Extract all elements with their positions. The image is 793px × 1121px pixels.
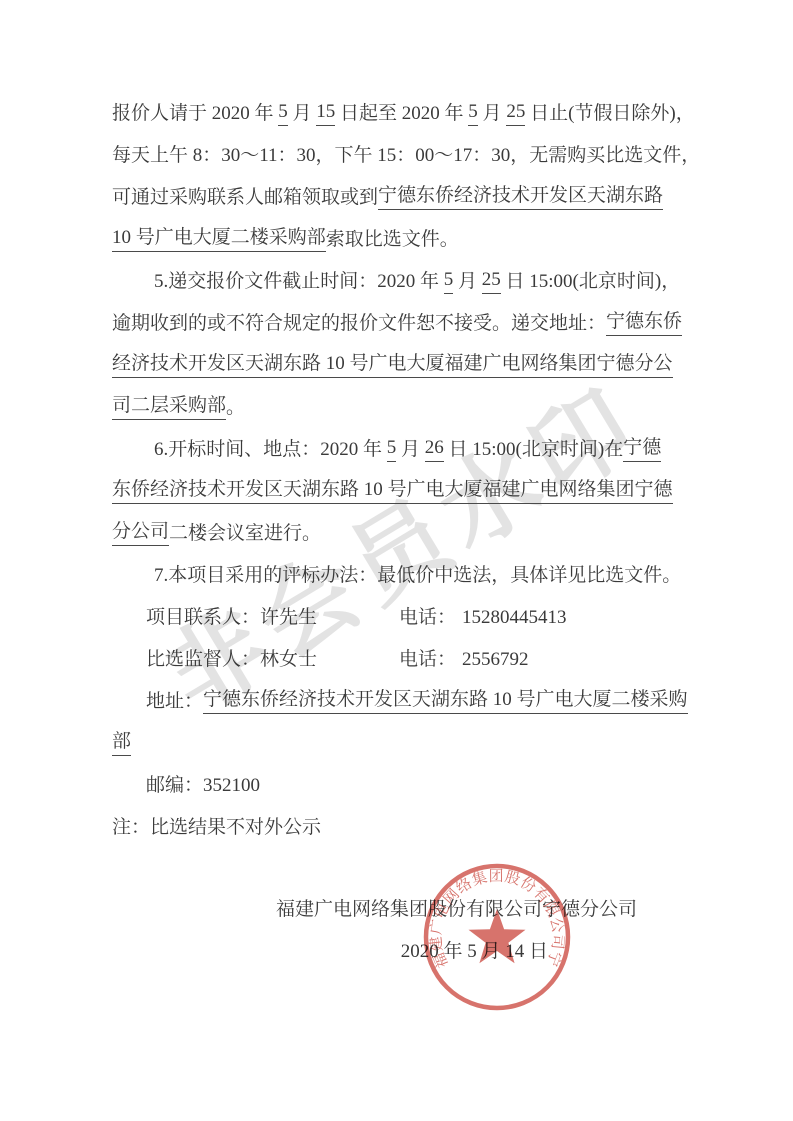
- text-segment: 日起至 2020 年: [335, 101, 468, 126]
- signature-spacer: [112, 840, 698, 880]
- underlined-text: 分公司: [112, 519, 169, 546]
- underlined-text: 5: [278, 99, 288, 126]
- underlined-text: 东侨经济技术开发区天湖东路 10 号广电大厦福建广电网络集团宁德: [112, 477, 673, 504]
- text-segment: 15280445413: [462, 605, 567, 630]
- document-line: 6.开标时间、地点：2020 年 5 月 26 日 15:00(北京时间)在宁德: [112, 420, 698, 462]
- underlined-text: 部: [112, 729, 131, 756]
- document-line: 东侨经济技术开发区天湖东路 10 号广电大厦福建广电网络集团宁德: [112, 462, 698, 504]
- text-segment: 可通过采购联系人邮箱领取或到: [112, 185, 378, 210]
- text-segment: 索取比选文件。: [326, 227, 459, 252]
- document-line: 地址：宁德东侨经济技术开发区天湖东路 10 号广电大厦二楼采购: [112, 672, 698, 714]
- underlined-text: 26: [425, 435, 444, 462]
- text-segment: 项目联系人：许先生: [146, 605, 399, 630]
- underlined-text: 5: [387, 435, 397, 462]
- underlined-text: 15: [316, 99, 335, 126]
- document-line: 10 号广电大厦二楼采购部索取比选文件。: [112, 210, 698, 252]
- underlined-text: 25: [506, 99, 525, 126]
- signature-date: 2020 年 5 月 14 日: [112, 922, 698, 964]
- underlined-text: 25: [482, 267, 501, 294]
- text-segment: 7.本项目采用的评标办法：最低价中选法，具体详见比选文件。: [154, 563, 681, 588]
- underlined-text: 5: [444, 267, 454, 294]
- document-page: 非会员水印 报价人请于 2020 年 5 月 15 日起至 2020 年 5 月…: [0, 0, 793, 1121]
- document-line: 可通过采购联系人邮箱领取或到宁德东侨经济技术开发区天湖东路: [112, 168, 698, 210]
- document-body: 报价人请于 2020 年 5 月 15 日起至 2020 年 5 月 25 日止…: [112, 84, 698, 964]
- text-segment: 日止(节假日除外)，: [525, 101, 694, 126]
- text-segment: 二楼会议室进行。: [169, 521, 321, 546]
- company-seal-svg: 福建广电网络集团股份有限公司宁德分公司: [421, 861, 573, 1013]
- document-line: 邮编：352100: [112, 756, 698, 798]
- underlined-text: 5: [468, 99, 478, 126]
- text-segment: 月: [453, 269, 482, 294]
- signature-company: 福建广电网络集团股份有限公司宁德分公司: [112, 880, 698, 922]
- text-segment: 报价人请于 2020 年: [112, 101, 278, 126]
- text-segment: 月: [396, 437, 425, 462]
- text-segment: 5.递交报价文件截止时间：2020 年: [154, 269, 444, 294]
- text-segment: 6.开标时间、地点：2020 年: [154, 437, 387, 462]
- text-segment: 比选监督人：林女士: [146, 647, 399, 672]
- text-segment: 。: [226, 395, 245, 420]
- document-line: 逾期收到的或不符合规定的报价文件恕不接受。递交地址：宁德东侨: [112, 294, 698, 336]
- document-line: 5.递交报价文件截止时间：2020 年 5 月 25 日 15:00(北京时间)…: [112, 252, 698, 294]
- text-segment: 邮编：352100: [146, 773, 260, 798]
- text-segment: 注：比选结果不对外公示: [112, 815, 321, 840]
- text-segment: 电话：: [399, 605, 462, 630]
- document-line: 司二层采购部。: [112, 378, 698, 420]
- text-segment: 地址：: [146, 689, 203, 714]
- underlined-text: 司二层采购部: [112, 393, 226, 420]
- document-line: 比选监督人：林女士电话：2556792: [112, 630, 698, 672]
- document-line: 部: [112, 714, 698, 756]
- document-line: 报价人请于 2020 年 5 月 15 日起至 2020 年 5 月 25 日止…: [112, 84, 698, 126]
- text-segment: 日 15:00(北京时间)在: [444, 437, 623, 462]
- underlined-text: 10 号广电大厦二楼采购部: [112, 225, 326, 252]
- underlined-text: 宁德东侨经济技术开发区天湖东路 10 号广电大厦二楼采购: [203, 687, 688, 714]
- text-segment: 月: [288, 101, 317, 126]
- text-segment: 逾期收到的或不符合规定的报价文件恕不接受。递交地址：: [112, 311, 606, 336]
- star-icon: [469, 909, 526, 963]
- document-line: 分公司二楼会议室进行。: [112, 504, 698, 546]
- underlined-text: 宁德东侨: [606, 309, 682, 336]
- document-line: 每天上午 8：30～11：30，下午 15：00～17：30，无需购买比选文件，: [112, 126, 698, 168]
- text-segment: 2556792: [462, 647, 529, 672]
- document-line: 注：比选结果不对外公示: [112, 798, 698, 840]
- text-segment: 月: [478, 101, 507, 126]
- text-segment: 电话：: [399, 647, 462, 672]
- seal-arc-text: 福建广电网络集团股份有限公司宁德分公司: [421, 861, 566, 970]
- document-line: 经济技术开发区天湖东路 10 号广电大厦福建广电网络集团宁德分公: [112, 336, 698, 378]
- document-line: 7.本项目采用的评标办法：最低价中选法，具体详见比选文件。: [112, 546, 698, 588]
- document-line: 项目联系人：许先生电话：15280445413: [112, 588, 698, 630]
- text-segment: 每天上午 8：30～11：30，下午 15：00～17：30，无需购买比选文件，: [112, 143, 700, 168]
- underlined-text: 经济技术开发区天湖东路 10 号广电大厦福建广电网络集团宁德分公: [112, 351, 673, 378]
- company-seal-stamp: 福建广电网络集团股份有限公司宁德分公司: [421, 861, 573, 1013]
- underlined-text: 宁德东侨经济技术开发区天湖东路: [378, 183, 663, 210]
- text-segment: 日 15:00(北京时间)，: [501, 269, 680, 294]
- underlined-text: 宁德: [623, 435, 661, 462]
